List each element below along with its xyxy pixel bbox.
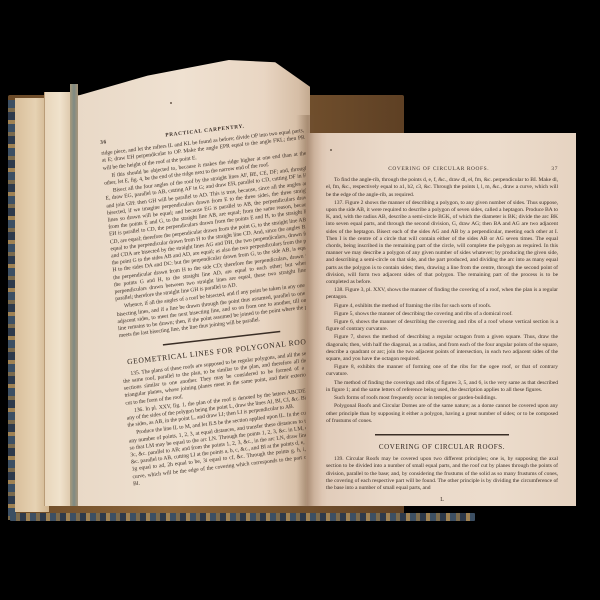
- page-number: 37: [551, 166, 558, 173]
- marbled-bottom-edge: [10, 513, 475, 521]
- paragraph: Figure 7, shows the method of describing…: [326, 334, 558, 363]
- paragraph: 139. Circular Roofs may be covered upon …: [326, 456, 558, 492]
- running-head-title: COVERING OF CIRCULAR ROOFS.: [326, 166, 551, 173]
- paragraph: 138. Figure 3, pl. XXV, shows the manner…: [326, 287, 558, 301]
- section-heading: COVERING OF CIRCULAR ROOFS.: [326, 444, 558, 451]
- foxing-spot: [170, 102, 172, 104]
- paragraph: Figure 8, exhibits the manner of forming…: [326, 364, 558, 378]
- paragraph: Bisect all the four angles of the roof b…: [105, 166, 310, 304]
- signature-mark: L: [326, 497, 558, 504]
- paragraph: The method of finding the coverings and …: [326, 380, 558, 394]
- paragraph: Polygonal Roofs and Circular Domes are o…: [326, 403, 558, 425]
- section-divider: [375, 434, 510, 435]
- left-page: 36 PRACTICAL CARPENTRY. ridge piece, and…: [78, 60, 310, 506]
- left-page-content: 36 PRACTICAL CARPENTRY. ridge piece, and…: [100, 117, 310, 489]
- page-stack-edge: [70, 84, 78, 506]
- photo-scene: 36 PRACTICAL CARPENTRY. ridge piece, and…: [0, 0, 600, 600]
- right-page-content: COVERING OF CIRCULAR ROOFS. 37 To find t…: [326, 166, 558, 504]
- paragraph: Figure 6, shows the manner of describing…: [326, 319, 558, 333]
- foxing-spot: [330, 149, 332, 151]
- paragraph: 137. Figure 2 shows the manner of descri…: [326, 200, 558, 286]
- paragraph: To find the angle-rib, through the point…: [326, 177, 558, 199]
- right-page: COVERING OF CIRCULAR ROOFS. 37 To find t…: [306, 133, 576, 506]
- paragraph: Figure 5, shows the manner of describing…: [326, 311, 558, 318]
- right-running-head: COVERING OF CIRCULAR ROOFS. 37: [326, 166, 558, 173]
- paragraph: Figure 4, exhibits the method of framing…: [326, 303, 558, 310]
- paragraph: Such forms of roofs most frequently occu…: [326, 395, 558, 402]
